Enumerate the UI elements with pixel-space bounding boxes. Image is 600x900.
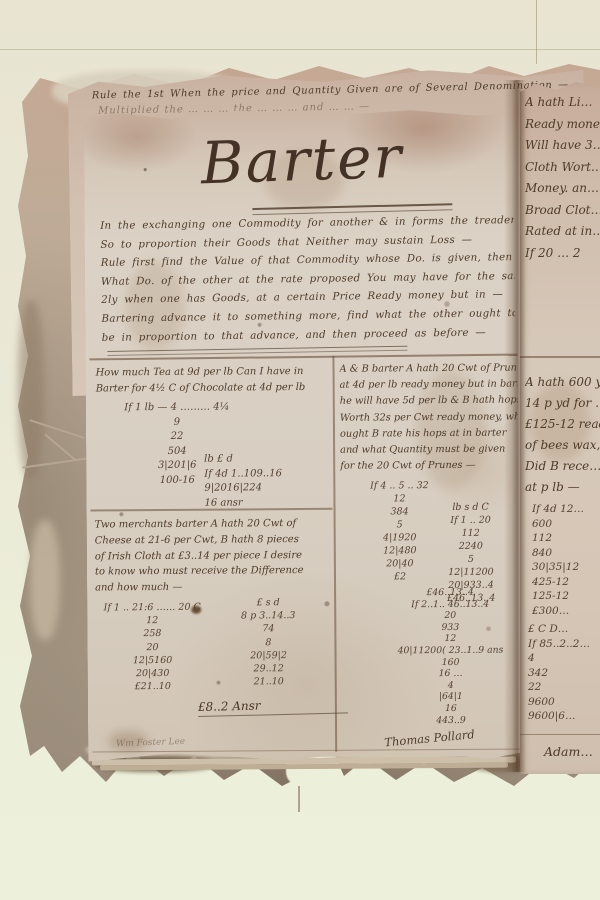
figure-line: 22: [528, 680, 600, 695]
problem-line: of Irish Cloth at £3..14 per piece I des…: [95, 547, 333, 564]
problem-line: Two merchants barter A hath 20 Cwt of: [95, 516, 333, 533]
figure-line: 258: [97, 627, 207, 641]
problem-line: of bees wax, …: [525, 435, 600, 456]
figure-line: £46..13..4: [383, 587, 517, 600]
worked-figures: lb £ dIf 4d 1..109..169|2016|22416 ansr: [204, 452, 328, 511]
figure-line: 16 …: [384, 668, 518, 681]
figure-line: 74: [207, 622, 329, 636]
worked-figures: £ s d8 p 3..14..374820|59|229..1221..10: [207, 596, 330, 689]
problem-line: 14 p yd for …: [525, 393, 600, 414]
problem-line: Ready mone…: [525, 114, 600, 136]
figure-line: 9: [112, 415, 242, 430]
figure-line: 16: [384, 702, 518, 715]
problem-line: A hath Li…: [525, 92, 600, 114]
figure-line: If 4 .. 5 .. 32: [344, 479, 454, 493]
answer-line: £8..2 Ansr: [198, 696, 348, 717]
figure-line: 20|59|2: [207, 649, 329, 663]
figure-line: 8: [207, 635, 329, 649]
figure-line: 12|5160: [98, 653, 208, 667]
figure-line: If 4d 12…: [532, 502, 600, 517]
figure-line: 112: [532, 531, 600, 546]
figure-line: 425-12: [532, 575, 600, 590]
barter-page: Barter In the exchanging one Commodity f…: [84, 108, 525, 761]
figure-line: 9600|6…: [528, 709, 600, 724]
figure-line: 29..12: [208, 662, 330, 676]
page-title: Barter: [83, 119, 521, 201]
figure-line: 20: [97, 640, 207, 654]
figure-line: 933: [383, 621, 517, 634]
problem-line: Will have 3…: [525, 135, 600, 157]
problem-prunes-hops: A & B barter A hath 20 Cwt of Prunesat 4…: [339, 361, 518, 476]
problem-line: at p lb —: [525, 477, 600, 498]
figure-line: If 1 lb — 4 ……… 4¼: [112, 400, 242, 415]
figure-line: 40|11200( 23..1..9 ans: [383, 644, 517, 657]
problem-line: £125-12 read…: [525, 414, 600, 435]
ruled-line-horizontal: [520, 356, 600, 358]
figure-line: 20: [383, 610, 517, 623]
background-crack-line: [536, 0, 537, 64]
right-page-problem1: A hath Li…Ready mone…Will have 3…Cloth W…: [525, 92, 600, 264]
intro-paragraph: In the exchanging one Commodity for anot…: [100, 211, 516, 347]
problem-line: How much Tea at 9d per lb Can I have in: [96, 364, 328, 382]
figure-line: 160: [384, 656, 518, 669]
figure-line: 16 ansr: [204, 495, 328, 510]
signature-thomas-pollard: Thomas Pollard: [384, 722, 525, 749]
problem-line: Broad Clot…: [525, 200, 600, 222]
signature-adam: Adam…: [544, 744, 593, 759]
figure-line: lb s d C: [424, 501, 516, 515]
figure-line: |64|1: [384, 691, 518, 704]
problem-line: A hath 600 y…: [525, 372, 600, 393]
figure-line: 8 p 3..14..3: [207, 609, 329, 623]
worked-figures: £ C D…If 85..2..2…43422296009600|6…: [528, 622, 600, 724]
problem-line: and how much —: [95, 579, 333, 596]
problem-line: for the 20 Cwt of Prunes —: [340, 458, 518, 475]
figure-line: 840: [532, 546, 600, 561]
figure-line: 12|11200: [425, 566, 517, 580]
worked-figures: If 4d 12…60011284030|35|12425-12125-12£3…: [532, 502, 600, 618]
figure-line: 5: [425, 553, 517, 567]
figure-line: 4: [528, 651, 600, 666]
problem-line: to know who must receive the Difference: [95, 563, 333, 580]
figure-line: 22: [112, 429, 242, 444]
figure-line: 20|430: [98, 667, 208, 681]
problem-tea-chocolate: How much Tea at 9d per lb Can I have inB…: [96, 364, 328, 398]
figure-line: £ C D…: [528, 622, 600, 637]
problem-line: he will have 5d per lb & B hath hops: [340, 393, 518, 410]
background-seam-line: [0, 49, 600, 50]
figure-line: £21..10: [98, 680, 208, 694]
problem-line: and what Quantity must be given: [340, 442, 518, 459]
figure-line: 600: [532, 517, 600, 532]
worked-figures: £46..13..4If 2..1.. 46..13..4209331240|1…: [383, 587, 518, 727]
figure-line: 112: [425, 527, 517, 541]
manuscript-photo: Rule the 1st When the price and Quantity…: [0, 0, 600, 900]
figure-line: If 2..1.. 46..13..4: [383, 598, 517, 611]
figure-line: 2240: [425, 540, 517, 554]
figure-line: 125-12: [532, 589, 600, 604]
problem-two-merchants: Two merchants barter A hath 20 Cwt ofChe…: [95, 516, 334, 597]
problem-line: If 20 … 2: [525, 243, 600, 265]
problem-line: Money. an…: [525, 178, 600, 200]
problem-line: Barter for 4½ C of Chocolate at 4d per l…: [96, 380, 328, 398]
figure-line: 4: [384, 679, 518, 692]
figure-line: If 85..2..2…: [528, 637, 600, 652]
figure-line: 30|35|12: [532, 560, 600, 575]
worked-figures: If 1 .. 21:6 …… 20 C122582012|516020|430…: [97, 601, 208, 694]
figure-line: 9600: [528, 695, 600, 710]
figure-line: If 1 .. 20: [425, 514, 517, 528]
problem-line: Cloth Wort…: [525, 157, 600, 179]
figure-line: 9|2016|224: [204, 481, 328, 496]
problem-line: Cheese at 21-6 per Cwt, B hath 8 pieces: [95, 532, 333, 549]
problem-line: at 4d per lb ready money but in barter: [340, 377, 518, 394]
figure-line: 12: [383, 633, 517, 646]
figure-line: 21..10: [208, 675, 330, 689]
problem-line: Worth 32s per Cwt ready money, what: [340, 409, 518, 426]
ruled-line-vertical: [332, 356, 336, 752]
problem-line: ought B rate his hops at in barter: [340, 425, 518, 442]
figure-line: 12: [97, 614, 207, 628]
problem-line: Did B rece…: [525, 456, 600, 477]
figure-line: If 1 .. 21:6 …… 20 C: [97, 601, 207, 615]
problem-line: A & B barter A hath 20 Cwt of Prunes: [339, 361, 517, 378]
figure-line: lb £ d: [204, 452, 328, 467]
ruled-line-horizontal: [92, 748, 522, 752]
figure-line: £300…: [532, 604, 600, 619]
loose-thread: [298, 786, 300, 812]
problem-line: Rated at in…: [525, 221, 600, 243]
figure-line: £ s d: [207, 596, 329, 610]
figure-line: If 4d 1..109..16: [204, 466, 328, 481]
ruled-line-horizontal: [520, 734, 600, 735]
right-page-problem2: A hath 600 y…14 p yd for …£125-12 read…o…: [525, 372, 600, 498]
figure-line: 342: [528, 666, 600, 681]
right-page: A hath Li…Ready mone…Will have 3…Cloth W…: [520, 82, 600, 774]
